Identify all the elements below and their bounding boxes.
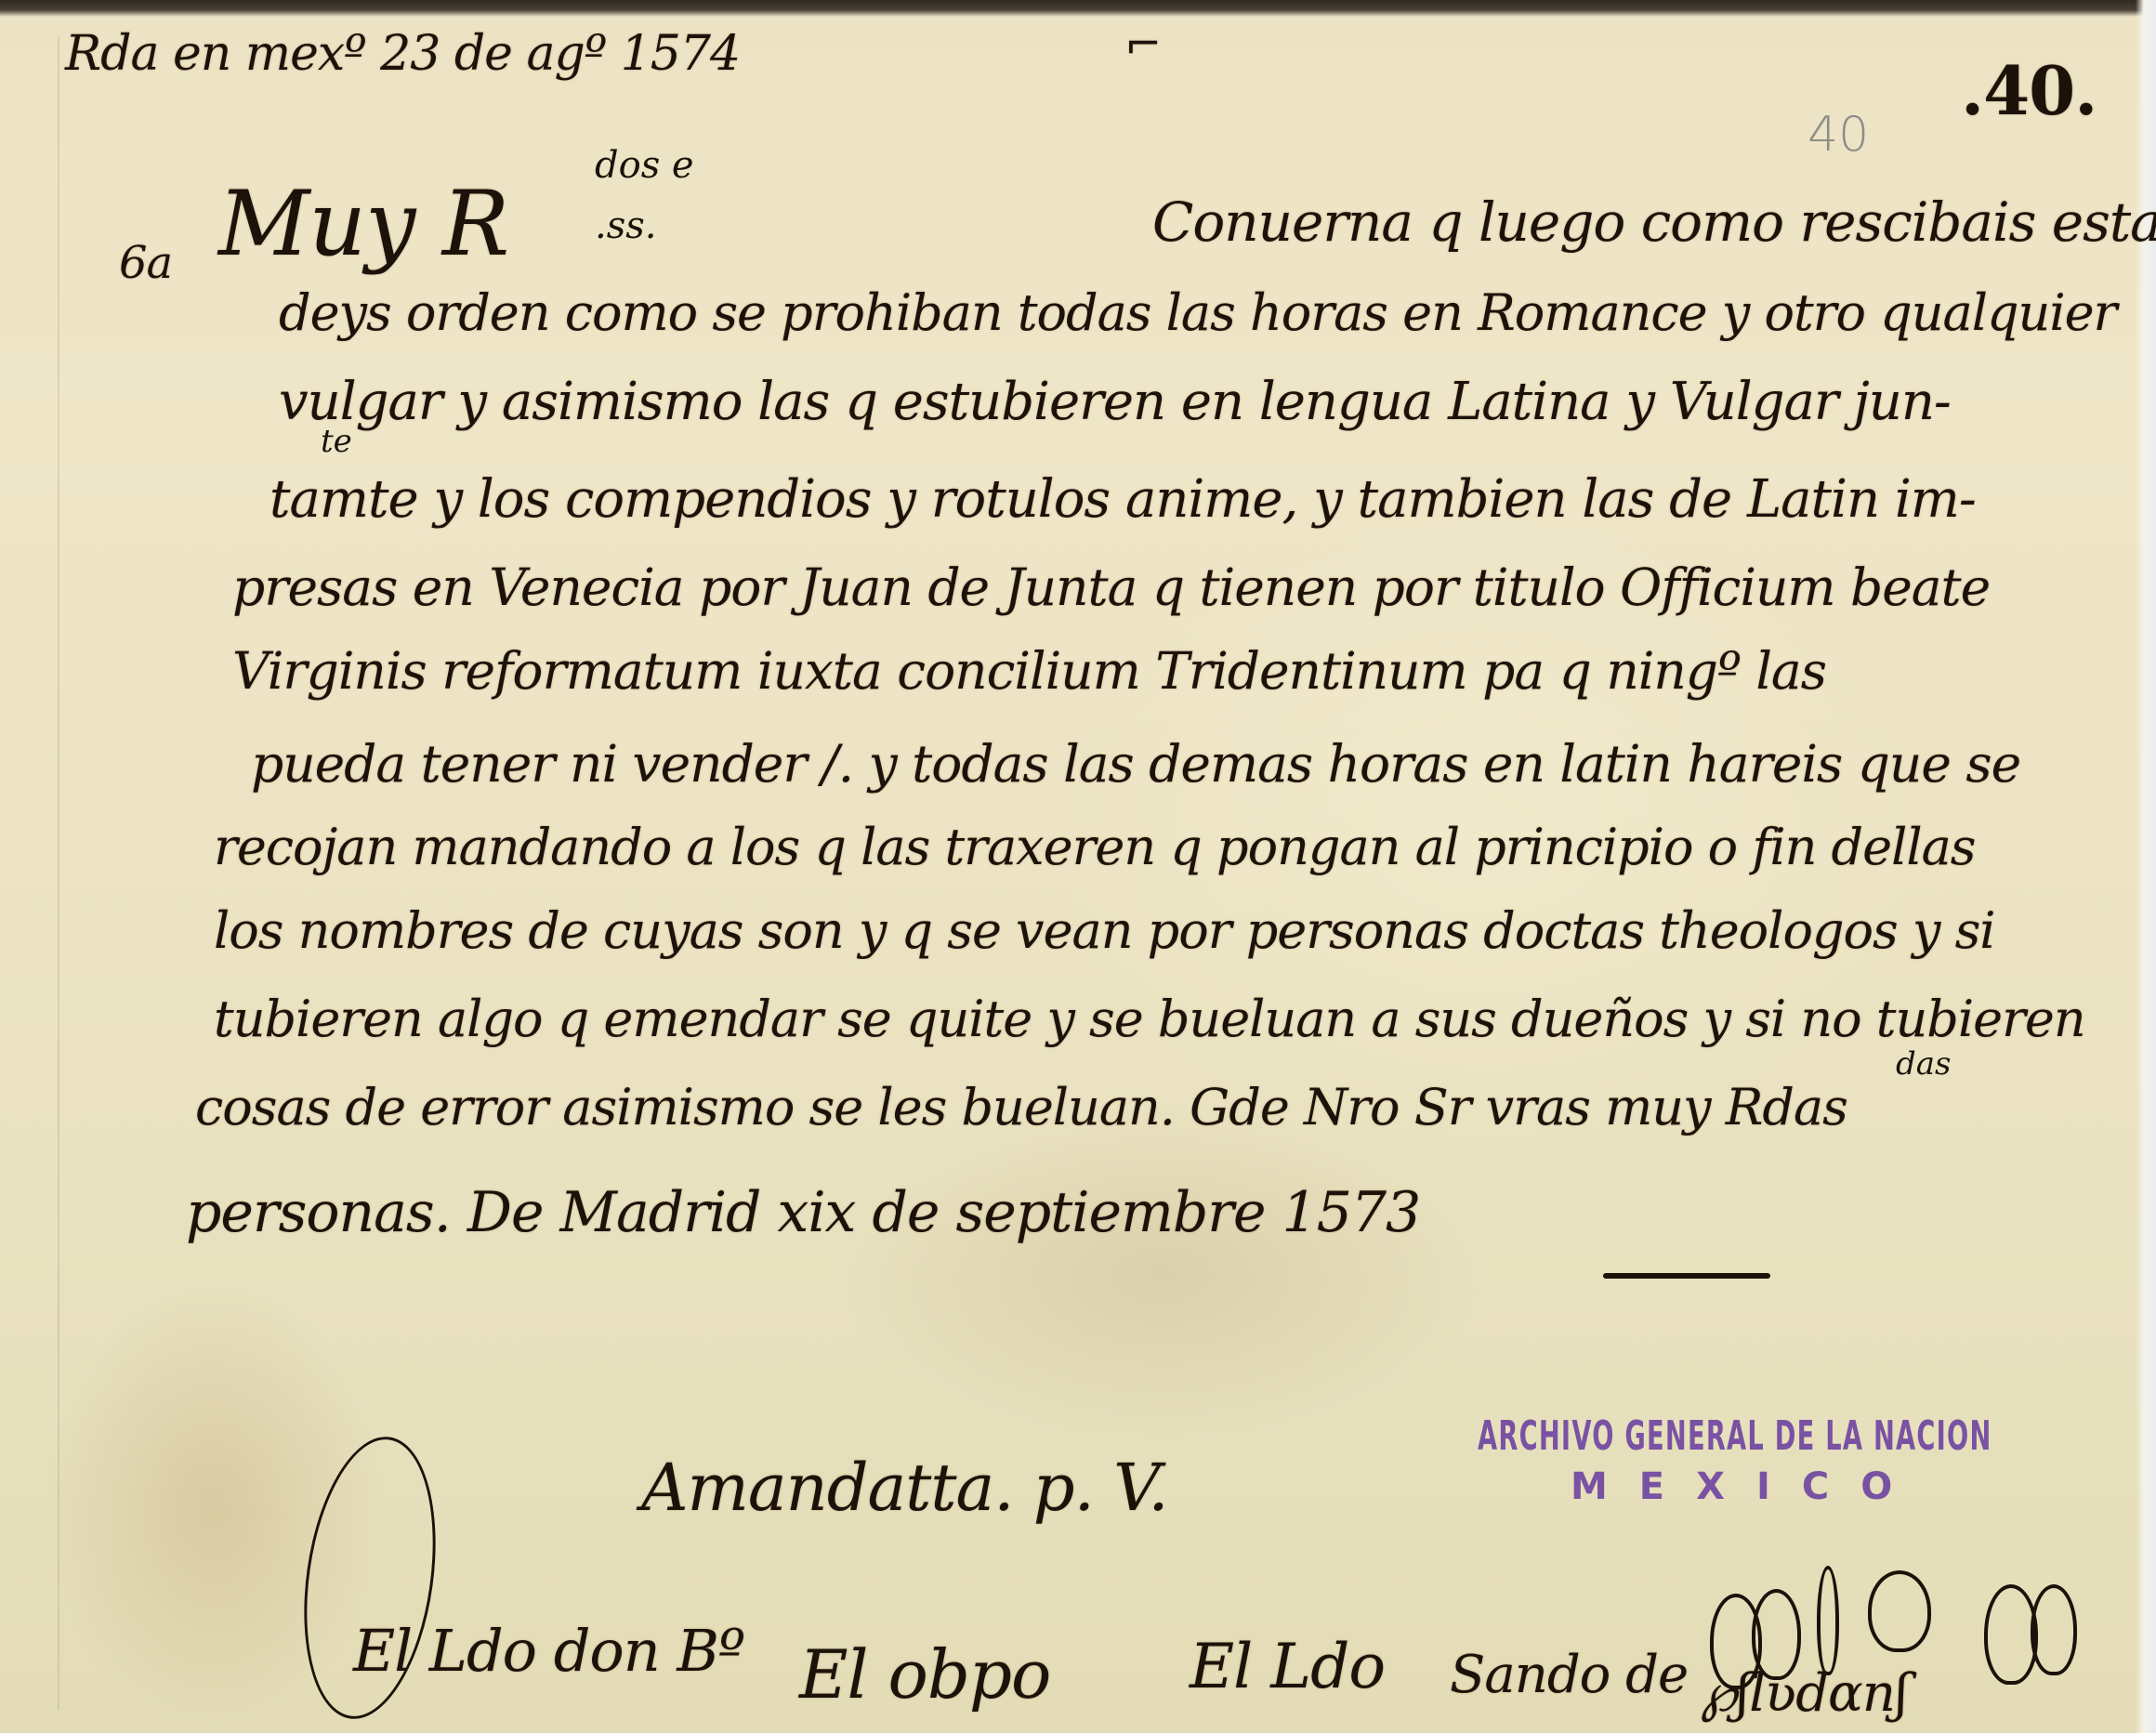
- rubric-letters: ℘ʃlʋdɑnʃ: [1701, 1663, 1908, 1724]
- body-line-5: presas en Venecia por Juan de Junta q ti…: [232, 558, 1990, 617]
- signature-2: El obpo: [799, 1635, 1050, 1713]
- body-line-4: tamte y los compendios y rotulos anime, …: [269, 469, 1976, 530]
- archive-stamp: ARCHIVO GENERAL DE LA NACION MEXICO: [1478, 1412, 2156, 1508]
- folio-number-pencil: 40: [1808, 107, 1869, 163]
- signature-3: El Ldo: [1190, 1631, 1385, 1702]
- salutation: Muy R: [218, 172, 508, 276]
- top-mark: ⌐: [1124, 19, 1161, 71]
- mandate-line: Amandatta. p. V.: [641, 1450, 1168, 1526]
- body-line-10: tubieren algo q emendar se quite y se bu…: [214, 990, 2085, 1048]
- body-line-11: cosas de error asimismo se les bueluan. …: [195, 1078, 1847, 1136]
- body-line-3: vulgar y asimismo las q estubieren en le…: [279, 372, 1951, 432]
- salutation-suffix: .ss.: [595, 204, 656, 247]
- manuscript-page: Rda en mexº 23 de agº 1574 ⌐ .40. 40 6a …: [0, 0, 2156, 1733]
- body-line-8: recojan mandando a los q las traxeren q …: [214, 818, 1976, 876]
- margin-note: 6a: [119, 237, 172, 289]
- signature-1: El Ldo don Bº: [353, 1617, 744, 1685]
- date-underline-flourish: [1603, 1273, 1770, 1279]
- stamp-archive-name: ARCHIVO GENERAL DE LA NACION: [1478, 1412, 1939, 1460]
- paper-fold-line: [58, 37, 59, 1710]
- body-line-12-date: personas. De Madrid xix de septiembre 15…: [186, 1180, 1420, 1245]
- receipt-note: Rda en mexº 23 de agº 1574: [65, 26, 740, 82]
- salutation-superscript: dos e: [595, 144, 694, 187]
- stamp-country: MEXICO: [1478, 1465, 2156, 1508]
- page-top-edge: [0, 0, 2156, 17]
- body-line-7: pueda tener ni vender /. y todas las dem…: [251, 734, 2020, 794]
- body-line-9: los nombres de cuyas son y q se vean por…: [214, 901, 1995, 960]
- signature-4: Sando de: [1450, 1645, 1688, 1705]
- body-line-2: deys orden como se prohiban todas las ho…: [279, 283, 2116, 342]
- body-line-1: Conuerna q luego como rescibais esta: [1152, 190, 2156, 254]
- superscript-te: te: [321, 423, 352, 460]
- folio-number: .40.: [1961, 51, 2097, 130]
- body-line-6: Virginis reformatum iuxta concilium Trid…: [232, 641, 1826, 701]
- superscript-das: das: [1896, 1045, 1951, 1083]
